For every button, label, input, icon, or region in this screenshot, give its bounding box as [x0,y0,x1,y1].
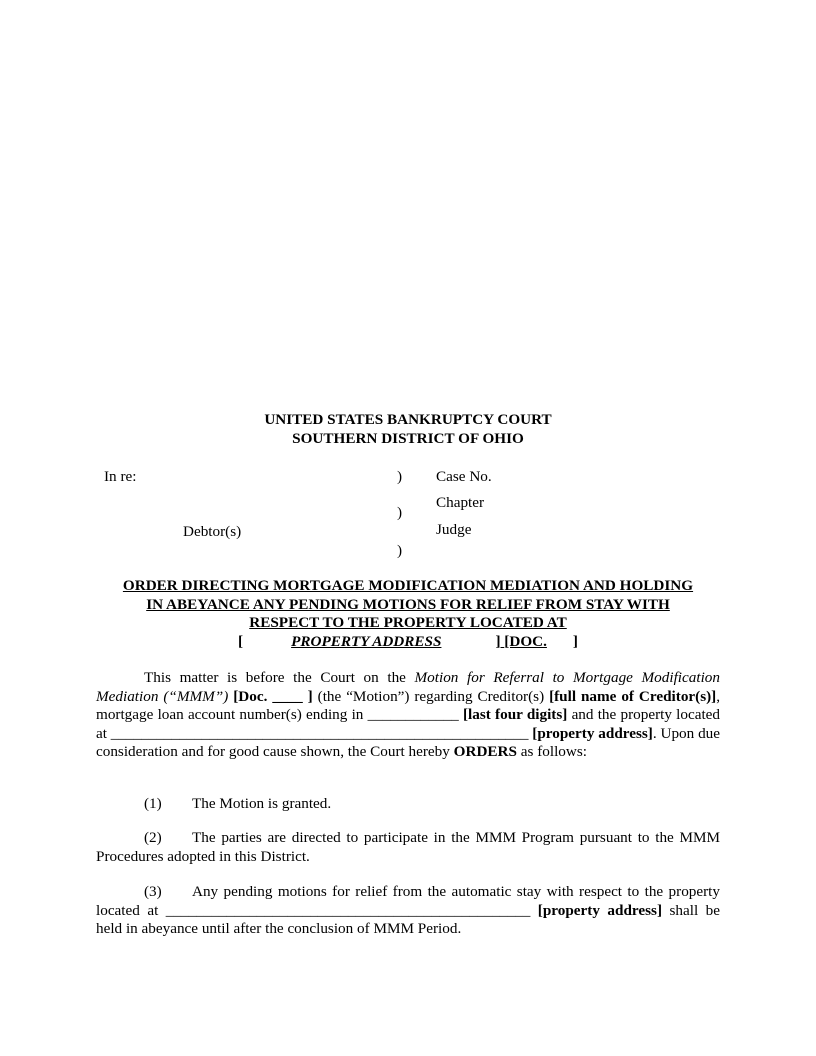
item-number: (3) [144,883,192,902]
property-address-placeholder-inline: [property address] [538,902,662,919]
account-digits-blank: ____________ [368,706,459,723]
property-address-blank: ________________________________________… [166,902,531,919]
order-item-2: (2)The parties are directed to participa… [96,829,720,866]
title-bracket-close: ] [495,633,500,650]
title-doc-label: [DOC. [504,633,547,650]
order-title: ORDER DIRECTING MORTGAGE MODIFICATION ME… [96,577,720,651]
item-number: (1) [144,795,192,814]
title-line-2: IN ABEYANCE ANY PENDING MOTIONS FOR RELI… [96,596,720,615]
order-item-3: (3)Any pending motions for relief from t… [96,883,720,939]
orders-keyword: ORDERS [454,743,517,760]
judge-label: Judge [436,520,471,539]
item-text: The Motion is granted. [192,795,331,812]
chapter-label: Chapter [436,493,484,512]
last-four-digits-placeholder: [last four digits] [463,706,567,723]
property-address-blank: ________________________________________… [111,725,529,742]
caption-paren-3: ) [397,541,402,560]
title-doc-close: ] [573,633,578,650]
caption-paren-2: ) [397,503,402,522]
doc-number-blank: ____ [272,688,302,705]
in-re-label: In re: [104,467,136,486]
property-address-placeholder: PROPERTY ADDRESS [291,633,441,650]
intro-paragraph: This matter is before the Court on the M… [96,669,720,762]
order-item-1: (1)The Motion is granted. [96,795,720,814]
item-number: (2) [144,829,192,848]
doc-number-label: [Doc. [233,688,267,705]
document-page: UNITED STATES BANKRUPTCY COURT SOUTHERN … [0,0,816,1056]
debtor-label: Debtor(s) [183,522,241,541]
title-line-4: [ PROPERTY ADDRESS ] [DOC. ] [96,633,720,652]
title-line-1: ORDER DIRECTING MORTGAGE MODIFICATION ME… [96,577,720,596]
case-no-label: Case No. [436,467,492,486]
creditor-placeholder: [full name of Creditor(s)] [549,688,716,705]
caption-paren-1: ) [397,467,402,486]
title-line-3: RESPECT TO THE PROPERTY LOCATED AT [96,614,720,633]
property-address-placeholder-inline: [property address] [532,725,653,742]
